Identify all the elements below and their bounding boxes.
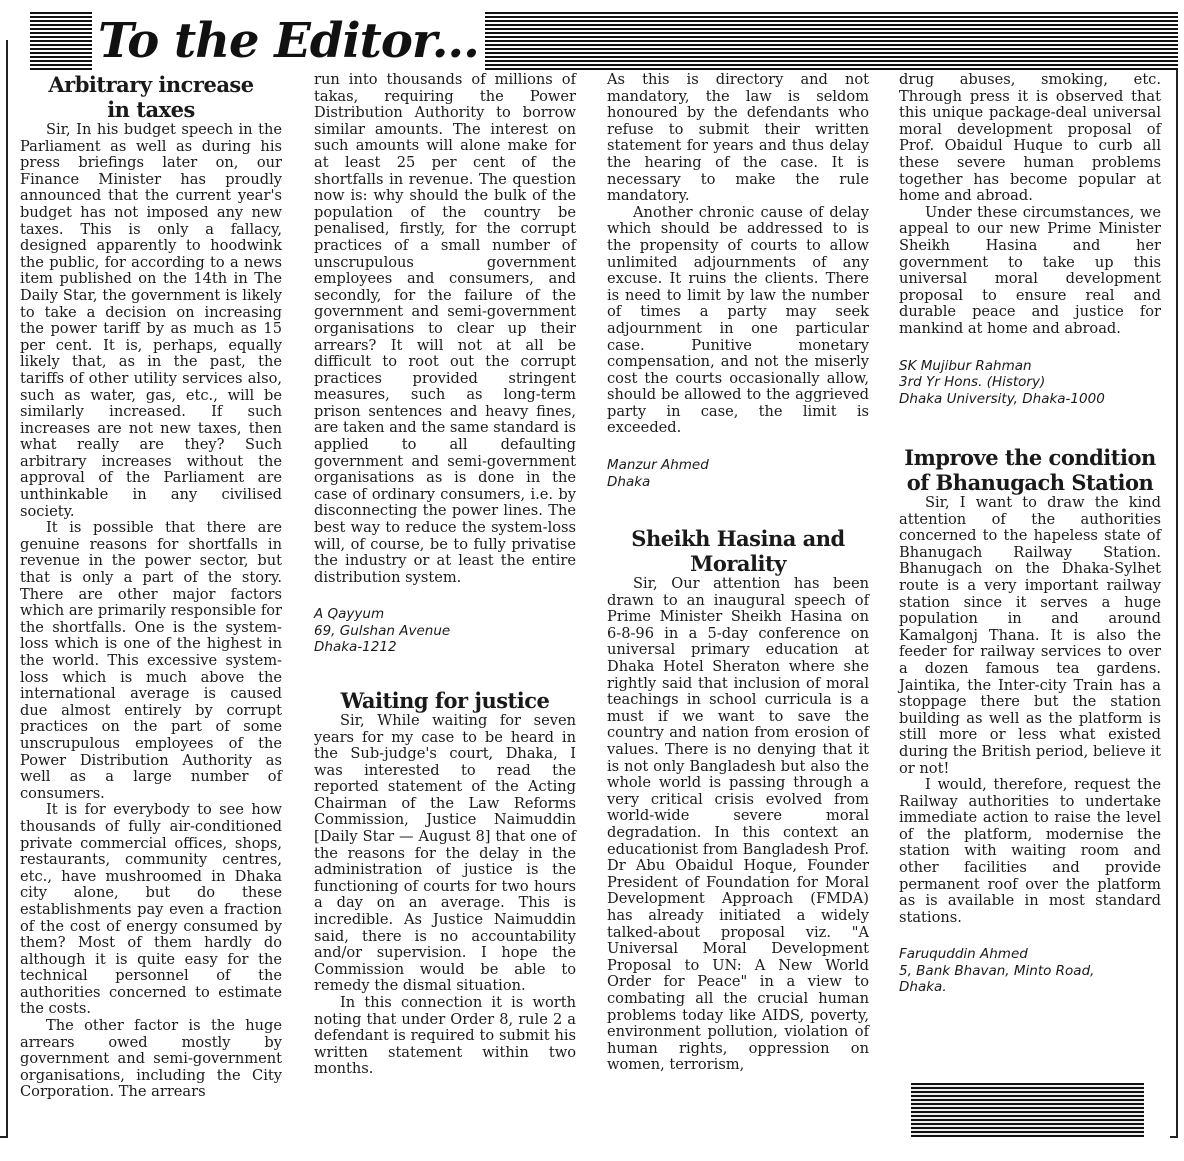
footer-striped-rule xyxy=(911,1083,1144,1137)
signature-affiliation: 3rd Yr Hons. (History) xyxy=(899,374,1161,391)
letter-3-headline: Sheikh Hasina and Morality xyxy=(607,526,869,576)
letter-2-paragraph: Sir, While waiting for seven years for m… xyxy=(314,713,576,995)
letter-3-paragraph-continued: drug abuses, smoking, etc. Through press… xyxy=(899,72,1161,205)
letter-2-paragraph: In this connection it is worth noting th… xyxy=(314,995,576,1078)
headline-line: Improve the condition xyxy=(899,445,1161,470)
headline-line: Morality xyxy=(607,551,869,576)
letter-3-signature: SK Mujibur Rahman 3rd Yr Hons. (History)… xyxy=(899,358,1161,408)
letter-4-signature: Faruquddin Ahmed 5, Bank Bhavan, Minto R… xyxy=(899,946,1161,996)
column-3: As this is directory and not mandatory, … xyxy=(607,72,869,1074)
signature-city: Dhaka xyxy=(607,474,869,491)
headline-line: Waiting for justice xyxy=(314,688,576,713)
signature-institution: Dhaka University, Dhaka-1000 xyxy=(899,391,1161,408)
letter-4-headline: Improve the condition of Bhanugach Stati… xyxy=(899,445,1161,495)
column-1: Arbitrary increase in taxes Sir, In his … xyxy=(20,72,282,1101)
letter-1-signature: A Qayyum 69, Gulshan Avenue Dhaka-1212 xyxy=(314,606,576,656)
letter-1-headline: Arbitrary increase in taxes xyxy=(20,72,282,122)
letter-1-paragraph: Sir, In his budget speech in the Parliam… xyxy=(20,122,282,520)
page-border-left xyxy=(6,40,8,1138)
signature-name: A Qayyum xyxy=(314,606,576,623)
letter-2-headline: Waiting for justice xyxy=(314,688,576,713)
column-2: run into thousands of millions of takas,… xyxy=(314,72,576,1078)
letter-4-paragraph: I would, therefore, request the Railway … xyxy=(899,777,1161,926)
letter-4-paragraph: Sir, I want to draw the kind attention o… xyxy=(899,495,1161,777)
signature-city: Dhaka. xyxy=(899,979,1161,996)
letter-1-paragraph: It is for everybody to see how thousands… xyxy=(20,802,282,1018)
signature-city: Dhaka-1212 xyxy=(314,639,576,656)
headline-line: Arbitrary increase xyxy=(20,72,282,97)
letter-1-paragraph: It is possible that there are genuine re… xyxy=(20,520,282,802)
section-masthead: To the Editor... xyxy=(30,12,1178,70)
headline-line: Sheikh Hasina and xyxy=(607,526,869,551)
page-border-right xyxy=(1176,38,1178,1138)
letter-2-paragraph: Another chronic cause of delay which sho… xyxy=(607,205,869,437)
signature-address: 5, Bank Bhavan, Minto Road, xyxy=(899,963,1161,980)
letter-1-paragraph-continued: run into thousands of millions of takas,… xyxy=(314,72,576,586)
letter-2-paragraph-continued: As this is directory and not mandatory, … xyxy=(607,72,869,205)
newspaper-page: To the Editor... Arbitrary increase in t… xyxy=(0,0,1184,1161)
column-4: drug abuses, smoking, etc. Through press… xyxy=(899,72,1161,996)
signature-name: SK Mujibur Rahman xyxy=(899,358,1161,375)
headline-line: of Bhanugach Station xyxy=(899,470,1161,495)
headline-line: in taxes xyxy=(20,97,282,122)
signature-address: 69, Gulshan Avenue xyxy=(314,623,576,640)
section-title: To the Editor... xyxy=(92,12,485,70)
signature-name: Faruquddin Ahmed xyxy=(899,946,1161,963)
page-border-right-foot xyxy=(1170,1136,1178,1138)
letter-3-paragraph: Sir, Our attention has been drawn to an … xyxy=(607,576,869,1074)
letter-3-paragraph: Under these circumstances, we appeal to … xyxy=(899,205,1161,338)
letter-2-signature: Manzur Ahmed Dhaka xyxy=(607,457,869,490)
letter-1-paragraph: The other factor is the huge arrears owe… xyxy=(20,1018,282,1101)
signature-name: Manzur Ahmed xyxy=(607,457,869,474)
page-border-left-foot xyxy=(0,1136,8,1138)
